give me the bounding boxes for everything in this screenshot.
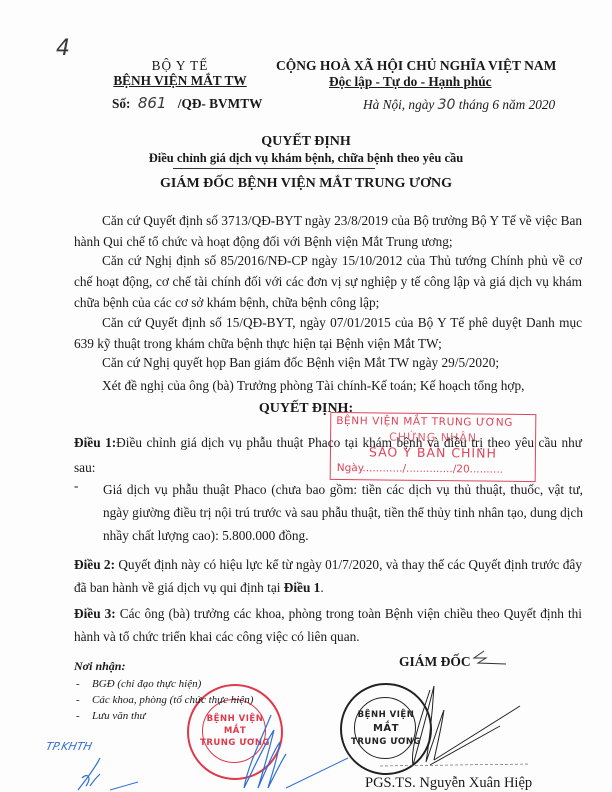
article-2-ref: Điều 1 [284,580,321,595]
signer-title: GIÁM ĐỐC [399,654,471,670]
approval-initials [70,756,140,792]
number-suffix: /QĐ- BVMTW [178,96,263,111]
stamp-hospital: BỆNH VIỆN MẮT TRUNG ƯƠNG [336,415,513,429]
date-suffix: tháng 6 năm 2020 [459,97,555,112]
issuing-authority: GIÁM ĐỐC BỆNH VIỆN MẮT TRUNG ƯƠNG [0,176,612,192]
document-title: QUYẾT ĐỊNH [0,134,612,150]
article-3: Điều 3: Các ông (bà) trưởng các khoa, ph… [74,602,582,648]
preamble-2: Căn cứ Nghị định số 85/2016/NĐ-CP ngày 1… [74,250,582,313]
preamble-5: Xét đề nghị của ông (bà) Trưởng phòng Tà… [74,375,582,396]
preamble-1: Căn cứ Quyết định số 3713/QĐ-BYT ngày 23… [74,210,582,252]
number-label: Số: [112,96,130,111]
initial-mark [470,648,510,668]
hospital-name: BỆNH VIỆN MẮT TW [100,73,260,89]
preamble-4: Căn cứ Nghị quyết họp Ban giám đốc Bệnh … [74,352,582,373]
handwritten-note: TP.KHTH [45,740,94,753]
bullet-dash: - [74,478,78,494]
document-number: Số: 861 /QĐ- BVMTW [112,94,262,112]
article-2: Điều 2: Quyết định này có hiệu lực kể từ… [74,553,582,599]
date-prefix: Hà Nội, ngày [363,97,434,112]
document-subtitle: Điều chỉnh giá dịch vụ khám bệnh, chữa b… [0,151,612,166]
recipient-item: -Lưu văn thư [76,710,146,722]
recipient-item: -BGĐ (chỉ đạo thực hiện) [76,678,201,690]
date-day-handwritten: 30 [438,97,456,113]
article-1-label: Điều 1: [74,435,116,450]
copy-signature [236,710,356,792]
subtitle-rule [173,168,375,169]
national-motto: Độc lập - Tự do - Hạnh phúc [329,74,492,90]
stamp-certification: CHỨNG NHẬN [331,430,535,445]
director-signature [410,680,530,775]
certified-copy-stamp: BỆNH VIỆN MẮT TRUNG ƯƠNG CHỨNG NHẬN SAO … [330,412,537,482]
article-1-price: Giá dịch vụ phẫu thuật Phaco (chưa bao g… [103,478,583,547]
preamble-3: Căn cứ Quyết định số 15/QĐ-BYT, ngày 07/… [74,312,582,354]
signer-name: PGS.TS. Nguyễn Xuân Hiệp [365,775,532,792]
recipients-heading: Nơi nhận: [74,659,125,674]
issue-date: Hà Nội, ngày 30 tháng 6 năm 2020 [363,97,555,113]
ministry-name: BỘ Y TẾ [100,58,260,74]
article-2-label: Điều 2: [74,557,115,572]
stamp-date: Ngày............/............../20......… [337,462,503,476]
country-name: CỘNG HOÀ XÃ HỘI CHỦ NGHĨA VIỆT NAM [276,58,556,74]
number-handwritten: 861 [138,94,167,112]
stamp-true-copy: SAO Y BẢN CHÍNH [331,444,535,461]
article-3-label: Điều 3: [74,606,116,621]
page-mark: 4 [56,36,70,61]
